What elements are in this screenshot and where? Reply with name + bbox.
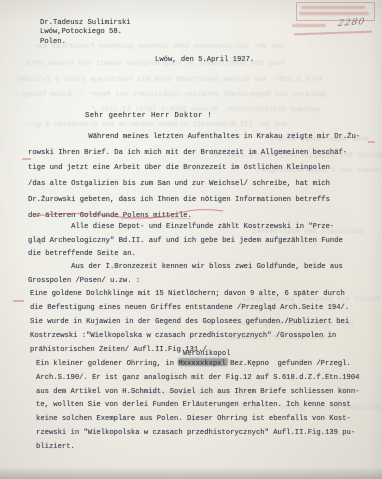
paragraph-3: Aus der I.Bronzezeit kennen wir bloss zw… <box>28 261 343 288</box>
typed-correction-word: Weronikopol <box>183 350 231 358</box>
bleed-through-line: Arch.S.210/. Aus diesem Depotfunde sind … <box>12 76 323 84</box>
paragraph-2: Alle diese Depot- und Einzelfunde zählt … <box>28 221 343 262</box>
date-line: Lwów, den 5.April 1927. <box>155 56 254 64</box>
red-underline <box>33 208 228 222</box>
stamp-text-line <box>301 6 365 9</box>
red-margin-mark <box>13 300 24 302</box>
paragraph-5: Ein kleiner goldener Ohrring, in Mxxxxxk… <box>36 358 360 455</box>
stamp-text-line <box>299 12 369 15</box>
sender-address: Dr.Tadeusz Sulimirski Lwów,Potockiego 58… <box>40 19 131 47</box>
bleed-through-line: Aus der III.Bronzezeit stammen wiederum … <box>24 121 287 129</box>
scan-edge-bottom <box>0 467 382 479</box>
stamp-underline <box>294 31 372 35</box>
stamp-text-line <box>292 24 326 27</box>
paragraph-4: Eine goldene Dolchklinge mit 15 Nietlöch… <box>30 287 349 357</box>
bleed-through-line: spiralen aus Doppeldraht erhalten /publi… <box>16 91 327 99</box>
red-margin-mark <box>368 141 375 143</box>
overstrike-mark <box>178 358 228 366</box>
salutation: Sehr geehrter Herr Doktor ! <box>85 112 212 120</box>
scanned-letter-page: und der schliessenden sehr schönen golde… <box>0 0 382 479</box>
archive-stamp: 2280 <box>296 2 376 38</box>
stamp-handwritten-number: 2280 <box>337 17 366 29</box>
red-margin-mark <box>22 158 31 160</box>
